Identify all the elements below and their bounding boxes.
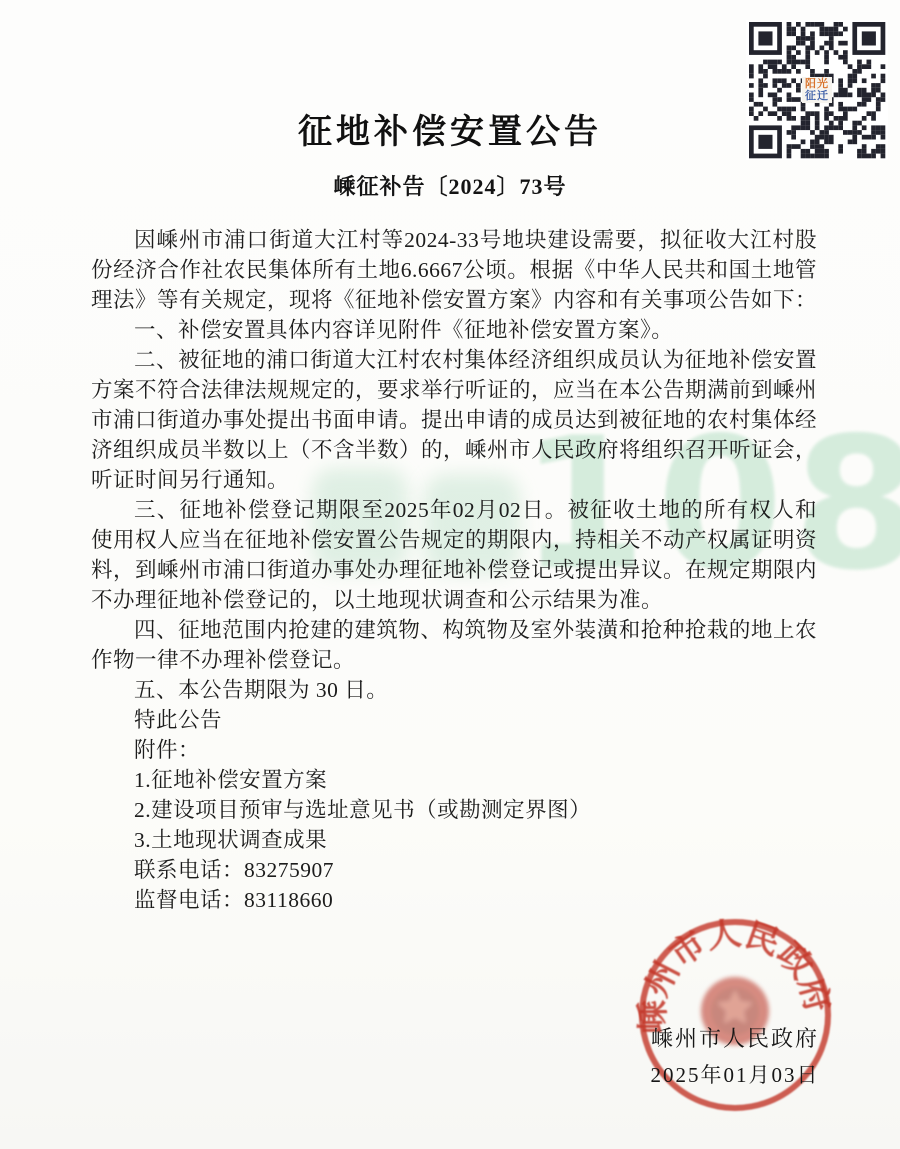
signature-date: 2025年01月03日 <box>600 1057 870 1093</box>
body-paragraph: 附件： <box>91 735 817 765</box>
body-paragraph: 因嵊州市浦口街道大江村等2024-33号地块建设需要，拟征收大江村股份经济合作社… <box>91 225 817 315</box>
body-paragraph: 2.建设项目预审与选址意见书（或勘测定界图） <box>91 795 817 825</box>
body-paragraph: 四、征地范围内抢建的建筑物、构筑物及室外装潢和抢种抢栽的地上农作物一律不办理补偿… <box>91 615 817 675</box>
body-paragraph: 3.土地现状调查成果 <box>91 825 817 855</box>
body-paragraph: 联系电话：83275907 <box>91 855 817 885</box>
qr-code: 阳光 征迁 <box>746 20 888 160</box>
signature-block: 嵊州市人民政府 2025年01月03日 <box>600 1021 870 1093</box>
body-paragraph: 1.征地补偿安置方案 <box>91 765 817 795</box>
qr-label-line2: 征迁 <box>805 90 829 102</box>
body-paragraph: 二、被征地的浦口街道大江村农村集体经济组织成员认为征地补偿安置方案不符合法律法规… <box>91 345 817 495</box>
body-paragraph: 三、征地补偿登记期限至2025年02月02日。被征收土地的所有权人和使用权人应当… <box>91 495 817 615</box>
qr-center-label: 阳光 征迁 <box>802 77 832 103</box>
signature-authority: 嵊州市人民政府 <box>600 1021 870 1057</box>
document-number: 嵊征补告〔2024〕73号 <box>0 170 900 201</box>
document-body: 因嵊州市浦口街道大江村等2024-33号地块建设需要，拟征收大江村股份经济合作社… <box>91 225 817 915</box>
body-paragraph: 特此公告 <box>91 705 817 735</box>
body-paragraph: 一、补偿安置具体内容详见附件《征地补偿安置方案》。 <box>91 315 817 345</box>
body-paragraph: 五、本公告期限为 30 日。 <box>91 675 817 705</box>
qr-label-line1: 阳光 <box>805 78 829 90</box>
document-page: 108 阳光 征迁 征地补偿安置公告 嵊征补告〔2024〕73号 因嵊州市浦口街… <box>0 0 900 1149</box>
